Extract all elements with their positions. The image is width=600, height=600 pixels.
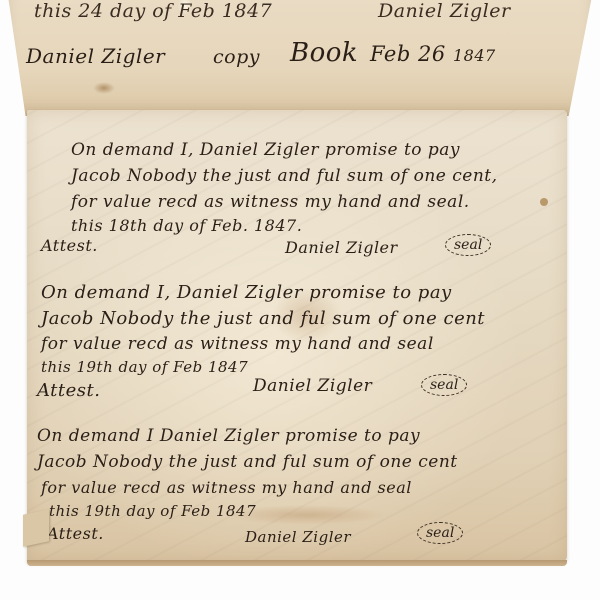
attest-label: Attest. — [41, 236, 98, 255]
copybook-year: 1847 — [453, 46, 496, 65]
folded-corner — [23, 509, 49, 547]
note-line: On demand I, Daniel Zigler promise to pa… — [71, 140, 460, 160]
note-line: On demand I, Daniel Zigler promise to pa… — [41, 282, 452, 303]
previous-entry-signature: Daniel Zigler — [378, 0, 511, 22]
note-line: for value recd as witness my hand and se… — [41, 334, 434, 354]
note-date-line: this 19th day of Feb 1847 — [49, 502, 256, 520]
attest-label: Attest. — [47, 524, 104, 543]
copybook-owner-name: Daniel Zigler — [26, 44, 165, 68]
note-signature: Daniel Zigler — [245, 528, 351, 546]
seal-mark: seal — [445, 234, 491, 256]
copybook-word-book: Book — [290, 38, 358, 68]
note-line: Jacob Nobody the just and ful sum of one… — [41, 308, 485, 329]
ink-spot — [540, 198, 548, 206]
note-signature: Daniel Zigler — [253, 376, 372, 396]
current-page: On demand I, Daniel Zigler promise to pa… — [27, 110, 567, 562]
note-line: Jacob Nobody the just and ful sum of one… — [37, 452, 458, 472]
copybook-photo: this 24 day of Feb 1847 Daniel Zigler Da… — [0, 0, 600, 600]
ink-stain — [93, 82, 115, 94]
note-date-line: this 18th day of Feb. 1847. — [71, 216, 302, 235]
page-edge — [27, 560, 567, 566]
note-line: On demand I Daniel Zigler promise to pay — [37, 426, 420, 446]
note-date-line: this 19th day of Feb 1847 — [41, 358, 248, 376]
note-line: for value recd as witness my hand and se… — [71, 192, 470, 212]
attest-label: Attest. — [37, 380, 101, 401]
previous-entry-date-line: this 24 day of Feb 1847 — [34, 0, 272, 22]
note-line: Jacob Nobody the just and ful sum of one… — [71, 166, 498, 186]
note-signature: Daniel Zigler — [285, 238, 398, 257]
note-line: for value recd as witness my hand and se… — [41, 478, 412, 497]
seal-mark: seal — [421, 374, 467, 396]
seal-mark: seal — [417, 522, 463, 544]
copybook-word-copy: copy — [213, 46, 260, 68]
copybook-date: Feb 26 — [370, 42, 446, 66]
previous-page: this 24 day of Feb 1847 Daniel Zigler Da… — [8, 0, 592, 116]
